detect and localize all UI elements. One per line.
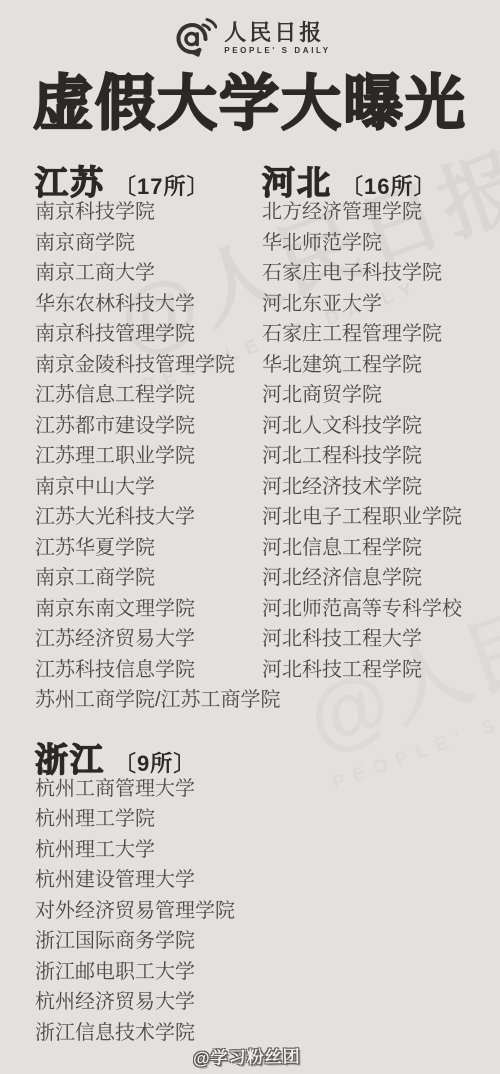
university-list-item: 华北建筑工程学院 — [262, 350, 500, 381]
university-list-item: 石家庄电子科技学院 — [262, 258, 500, 289]
university-list-item: 江苏大光科技大学 — [35, 502, 262, 533]
university-list-item: 华东农林科技大学 — [35, 289, 262, 320]
university-list-jiangsu: 南京科技学院南京商学院南京工商大学华东农林科技大学南京科技管理学院南京金陵科技管… — [35, 197, 262, 716]
university-list-item: 河北科技工程学院 — [262, 655, 500, 686]
logo-title-cn: 人民日报 — [224, 21, 330, 45]
university-list-item: 江苏经济贸易大学 — [35, 624, 262, 655]
province-count: 〔9所〕 — [114, 747, 196, 778]
university-list-item: 南京东南文理学院 — [35, 594, 262, 625]
bottom-credit-watermark: @学习粉丝团 — [193, 1042, 301, 1069]
university-list-item: 河北商贸学院 — [262, 380, 500, 411]
peoples-daily-at-icon — [169, 14, 217, 62]
university-list-item: 浙江国际商务学院 — [35, 926, 262, 957]
university-list-item: 杭州工商管理大学 — [35, 774, 262, 805]
university-list-item: 河北科技工程大学 — [262, 624, 500, 655]
university-list-item: 南京工商大学 — [35, 258, 262, 289]
list-columns: 江苏 〔17所〕 南京科技学院南京商学院南京工商大学华东农林科技大学南京科技管理… — [35, 157, 500, 1048]
university-list-item: 南京金陵科技管理学院 — [35, 350, 262, 381]
university-list-item: 河北师范高等专科学校 — [262, 594, 500, 625]
university-list-hebei: 北方经济管理学院华北师范学院石家庄电子科技学院河北东亚大学石家庄工程管理学院华北… — [262, 197, 500, 685]
university-list-item: 南京商学院 — [35, 228, 262, 259]
university-list-item: 河北经济信息学院 — [262, 563, 500, 594]
university-list-item: 江苏华夏学院 — [35, 533, 262, 564]
university-list-item: 苏州工商学院/江苏工商学院 — [35, 685, 262, 716]
logo-subtitle-en: PEOPLE' S DAILY — [224, 45, 330, 56]
university-list-item: 杭州建设管理大学 — [35, 865, 262, 896]
university-list-item: 江苏科技信息学院 — [35, 655, 262, 686]
university-list-item: 南京工商学院 — [35, 563, 262, 594]
section-header-jiangsu: 江苏 〔17所〕 — [35, 157, 262, 197]
university-list-item: 华北师范学院 — [262, 228, 500, 259]
university-list-item: 南京科技学院 — [35, 197, 262, 228]
university-list-item: 杭州经济贸易大学 — [35, 987, 262, 1018]
university-list-item: 杭州理工学院 — [35, 804, 262, 835]
section-header-zhejiang: 浙江 〔9所〕 — [35, 734, 262, 774]
university-list-item: 河北经济技术学院 — [262, 472, 500, 503]
university-list-item: 杭州理工大学 — [35, 835, 262, 866]
university-list-item: 江苏都市建设学院 — [35, 411, 262, 442]
section-header-hebei: 河北 〔16所〕 — [262, 157, 500, 197]
university-list-item: 石家庄工程管理学院 — [262, 319, 500, 350]
university-list-item: 江苏信息工程学院 — [35, 380, 262, 411]
university-list-item: 河北人文科技学院 — [262, 411, 500, 442]
university-list-item: 北方经济管理学院 — [262, 197, 500, 228]
university-list-item: 南京科技管理学院 — [35, 319, 262, 350]
university-list-item: 浙江邮电职工大学 — [35, 957, 262, 988]
right-column: 河北 〔16所〕 北方经济管理学院华北师范学院石家庄电子科技学院河北东亚大学石家… — [262, 157, 500, 1048]
left-column: 江苏 〔17所〕 南京科技学院南京商学院南京工商大学华东农林科技大学南京科技管理… — [35, 157, 262, 1048]
university-list-item: 河北信息工程学院 — [262, 533, 500, 564]
university-list-item: 河北工程科技学院 — [262, 441, 500, 472]
university-list-item: 河北电子工程职业学院 — [262, 502, 500, 533]
university-list-item: 南京中山大学 — [35, 472, 262, 503]
header-logo: 人民日报 PEOPLE' S DAILY — [0, 14, 500, 62]
university-list-item: 江苏理工职业学院 — [35, 441, 262, 472]
university-list-item: 对外经济贸易管理学院 — [35, 896, 262, 927]
university-list-zhejiang: 杭州工商管理大学杭州理工学院杭州理工大学杭州建设管理大学对外经济贸易管理学院浙江… — [35, 774, 262, 1049]
university-list-item: 河北东亚大学 — [262, 289, 500, 320]
page-title: 虚假大学大曝光 — [0, 68, 500, 140]
